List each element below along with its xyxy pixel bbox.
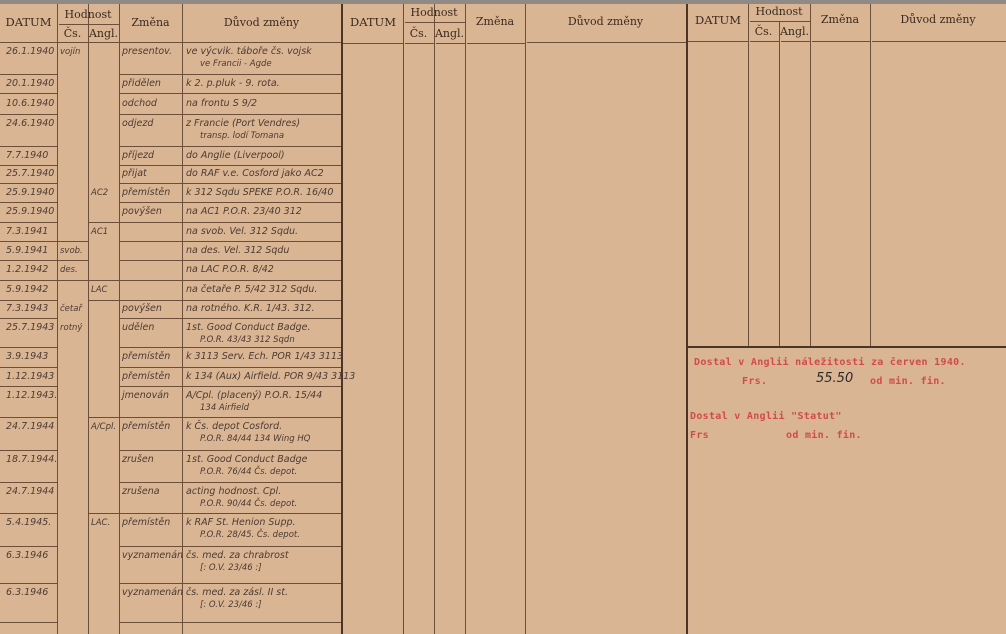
date-cell: 1.12.1943. <box>6 390 57 402</box>
rank-cs-cell: svob. <box>60 245 83 257</box>
date-cell: 25.9.1940 <box>6 187 54 199</box>
change-cell: přijat <box>122 168 147 180</box>
change-cell: přemístěn <box>122 421 170 433</box>
change-cell: odchod <box>122 98 157 110</box>
col-divider <box>465 4 466 634</box>
reason-cell: ve výcvik. táboře čs. vojsk <box>186 46 312 58</box>
header-rule <box>812 41 870 42</box>
row-rule <box>119 74 341 75</box>
rank-rule <box>57 241 88 242</box>
row-rule <box>0 482 57 483</box>
header-angl: Angl. <box>88 27 119 40</box>
col-divider <box>779 22 780 346</box>
header-rule <box>781 41 810 42</box>
reason-cell: k 134 (Aux) Airfield. POR 9/43 3113 <box>186 371 355 383</box>
row-rule <box>0 74 57 75</box>
reason-cell: A/Cpl. (placený) P.O.R. 15/44 <box>186 390 322 402</box>
reason-cell: na rotného. K.R. 1/43. 312. <box>186 303 314 315</box>
header-rule <box>688 41 748 42</box>
change-cell: přemístěn <box>122 517 170 529</box>
header-rule <box>750 21 810 22</box>
change-cell: udělen <box>122 322 154 334</box>
row-rule <box>0 300 57 301</box>
col-divider <box>88 4 89 634</box>
stamp-frs-label-2: Frs <box>690 430 709 441</box>
date-cell: 6.3.1946 <box>6 550 48 562</box>
rank-cs-cell: četař <box>60 303 82 315</box>
date-cell: 25.9.1940 <box>6 206 54 218</box>
reason-cell: na AC1 P.O.R. 23/40 312 <box>186 206 302 218</box>
header-angl: Angl. <box>434 27 465 40</box>
panel-divider <box>686 4 688 634</box>
reason-cell-line2: P.O.R. 84/44 134 Wing HQ <box>200 433 310 445</box>
reason-cell: k RAF St. Henion Supp. <box>186 517 296 529</box>
rank-angl-cell: A/Cpl. <box>91 421 116 433</box>
col-divider <box>57 4 58 634</box>
reason-cell: na četaře P. 5/42 312 Sqdu. <box>186 284 317 296</box>
date-cell: 1.12.1943 <box>6 371 54 383</box>
reason-cell: k 312 Sqdu SPEKE P.O.R. 16/40 <box>186 187 333 199</box>
reason-cell: do RAF v.e. Cosford jako AC2 <box>186 168 324 180</box>
change-cell: přemístěn <box>122 351 170 363</box>
row-rule <box>119 583 341 584</box>
reason-cell-line2: [: O.V. 23/46 :] <box>200 599 262 611</box>
header-rule <box>467 43 525 44</box>
row-rule <box>119 347 341 348</box>
date-cell: 6.3.1946 <box>6 587 48 599</box>
rank-cs-cell: vojín <box>60 46 80 58</box>
header-rule <box>527 42 686 43</box>
rank-cs-cell: des. <box>60 264 78 276</box>
header-rule <box>59 24 119 25</box>
panel-divider <box>341 4 343 634</box>
col-divider <box>810 4 811 346</box>
date-cell: 7.7.1940 <box>6 150 48 162</box>
rank-rule <box>57 260 88 261</box>
change-cell: povýšen <box>122 206 162 218</box>
header-zmena: Změna <box>119 16 182 29</box>
header-datum: DATUM <box>343 16 403 29</box>
handwritten-amount: 55.50 <box>816 371 853 386</box>
rank-angl-cell: LAC <box>91 284 108 296</box>
row-rule <box>0 318 57 319</box>
row-rule <box>0 260 57 261</box>
row-rule <box>119 318 341 319</box>
row-rule <box>119 546 341 547</box>
header-cs: Čs. <box>403 27 434 40</box>
reason-cell-line2: P.O.R. 28/45. Čs. depot. <box>200 529 300 541</box>
change-cell: jmenován <box>122 390 169 402</box>
header-duvod: Důvod změny <box>525 15 686 28</box>
reason-cell: z Francie (Port Vendres) <box>186 118 300 130</box>
header-hodnost: Hodnost <box>57 8 119 21</box>
reason-cell-line2: P.O.R. 43/43 312 Sqdn <box>200 334 295 346</box>
header-rule <box>405 22 465 23</box>
header-zmena: Změna <box>465 15 525 28</box>
date-cell: 5.9.1941 <box>6 245 48 257</box>
row-rule <box>0 146 57 147</box>
date-cell: 24.7.1944 <box>6 421 54 433</box>
date-cell: 3.9.1943 <box>6 351 48 363</box>
row-rule <box>119 183 341 184</box>
row-rule <box>0 114 57 115</box>
rank-rule <box>88 222 119 223</box>
stamp-pay-june-1940: Dostal v Anglii náležitosti za červen 19… <box>694 357 966 368</box>
stamp-frs-label: Frs. <box>742 376 767 387</box>
col-divider <box>525 4 526 634</box>
reason-cell-line2: [: O.V. 23/46 :] <box>200 562 262 574</box>
reason-cell: 1st. Good Conduct Badge. <box>186 322 311 334</box>
row-rule <box>119 513 341 514</box>
rank-cs-cell: rotný <box>60 322 82 334</box>
reason-cell-line2: 134 Airfield <box>200 402 249 414</box>
row-rule <box>0 546 57 547</box>
col-divider <box>434 4 435 634</box>
table-bottom-rule <box>688 346 1006 348</box>
reason-cell-line2: transp. lodí Tomana <box>200 130 284 142</box>
reason-cell-line2: P.O.R. 76/44 Čs. depot. <box>200 466 297 478</box>
row-rule <box>119 386 341 387</box>
change-cell: přemístěn <box>122 187 170 199</box>
row-rule <box>0 202 57 203</box>
header-cs: Čs. <box>57 27 88 40</box>
change-cell: povýšen <box>122 303 162 315</box>
date-cell: 25.7.1943 <box>6 322 54 334</box>
header-zmena: Změna <box>810 13 870 26</box>
reason-cell-line2: ve Francii - Agde <box>200 58 272 70</box>
rank-rule <box>88 300 119 301</box>
reason-cell: k Čs. depot Cosford. <box>186 421 282 433</box>
header-duvod: Důvod změny <box>870 13 1006 26</box>
date-cell: 26.1.1940 <box>6 46 54 58</box>
change-cell: přemístěn <box>122 371 170 383</box>
col-divider <box>748 4 749 346</box>
header-datum: DATUM <box>0 16 57 29</box>
col-divider <box>403 4 404 634</box>
row-rule <box>119 93 341 94</box>
rank-rule <box>88 513 119 514</box>
reason-cell: na svob. Vel. 312 Sqdu. <box>186 226 298 238</box>
date-cell: 20.1.1940 <box>6 78 54 90</box>
date-cell: 18.7.1944. <box>6 454 57 466</box>
date-cell: 1.2.1942 <box>6 264 48 276</box>
change-cell: vyznamenán <box>122 587 183 599</box>
row-rule <box>0 417 57 418</box>
row-rule <box>0 347 57 348</box>
rank-angl-cell: AC2 <box>91 187 108 199</box>
row-rule <box>0 165 57 166</box>
reason-cell: na des. Vel. 312 Sqdu <box>186 245 289 257</box>
row-rule <box>0 183 57 184</box>
change-cell: vyznamenán <box>122 550 183 562</box>
reason-cell: do Anglie (Liverpool) <box>186 150 285 162</box>
header-duvod: Důvod změny <box>182 16 341 29</box>
rank-angl-cell: AC1 <box>91 226 108 238</box>
date-cell: 7.3.1943 <box>6 303 48 315</box>
header-rule <box>872 41 1006 42</box>
row-rule <box>119 280 341 281</box>
date-cell: 24.6.1940 <box>6 118 54 130</box>
header-hodnost: Hodnost <box>403 6 465 19</box>
stamp-statut: Dostal v Anglii "Statut" <box>690 411 842 422</box>
row-rule <box>0 222 57 223</box>
change-cell: zrušena <box>122 486 160 498</box>
header-rule <box>0 42 341 43</box>
row-rule <box>0 280 57 281</box>
rank-rule <box>88 417 119 418</box>
row-rule <box>0 367 57 368</box>
reason-cell: k 3113 Serv. Ech. POR 1/43 3113 <box>186 351 343 363</box>
stamp-od-min-fin-2: od min. fin. <box>786 430 862 441</box>
reason-cell: acting hodnost. Cpl. <box>186 486 281 498</box>
row-rule <box>119 165 341 166</box>
change-cell: presentov. <box>122 46 172 58</box>
row-rule <box>0 622 57 623</box>
header-datum: DATUM <box>688 14 748 27</box>
col-divider <box>119 4 120 634</box>
reason-cell: na LAC P.O.R. 8/42 <box>186 264 274 276</box>
date-cell: 25.7.1940 <box>6 168 54 180</box>
change-cell: odjezd <box>122 118 153 130</box>
col-divider <box>182 4 183 634</box>
rank-rule <box>88 280 119 281</box>
date-cell: 5.4.1945. <box>6 517 51 529</box>
row-rule <box>119 622 341 623</box>
header-angl: Angl. <box>779 25 810 38</box>
change-cell: přidělen <box>122 78 161 90</box>
rank-angl-cell: LAC. <box>91 517 110 529</box>
date-cell: 5.9.1942 <box>6 284 48 296</box>
reason-cell: čs. med. za zásl. II st. <box>186 587 288 599</box>
header-rule <box>405 43 434 44</box>
header-cs: Čs. <box>748 25 779 38</box>
row-rule <box>119 114 341 115</box>
reason-cell: na frontu S 9/2 <box>186 98 257 110</box>
reason-cell: 1st. Good Conduct Badge <box>186 454 308 466</box>
header-rule <box>436 43 465 44</box>
row-rule <box>119 222 341 223</box>
rank-rule <box>57 280 88 281</box>
row-rule <box>119 202 341 203</box>
stamp-od-min-fin: od min. fin. <box>870 376 946 387</box>
date-cell: 24.7.1944 <box>6 486 54 498</box>
header-hodnost: Hodnost <box>748 5 810 18</box>
row-rule <box>0 93 57 94</box>
row-rule <box>0 513 57 514</box>
row-rule <box>119 367 341 368</box>
row-rule <box>119 241 341 242</box>
row-rule <box>119 417 341 418</box>
row-rule <box>0 583 57 584</box>
row-rule <box>0 386 57 387</box>
header-rule <box>343 43 403 44</box>
header-rule <box>750 41 779 42</box>
date-cell: 10.6.1940 <box>6 98 54 110</box>
row-rule <box>119 300 341 301</box>
reason-cell: čs. med. za chrabrost <box>186 550 289 562</box>
date-cell: 7.3.1941 <box>6 226 48 238</box>
col-divider <box>870 4 871 346</box>
change-cell: příjezd <box>122 150 154 162</box>
row-rule <box>0 450 57 451</box>
row-rule <box>119 146 341 147</box>
row-rule <box>119 450 341 451</box>
change-cell: zrušen <box>122 454 154 466</box>
row-rule <box>119 260 341 261</box>
reason-cell: k 2. p.pluk - 9. rota. <box>186 78 280 90</box>
row-rule <box>119 482 341 483</box>
reason-cell-line2: P.O.R. 90/44 Čs. depot. <box>200 498 297 510</box>
row-rule <box>0 241 57 242</box>
